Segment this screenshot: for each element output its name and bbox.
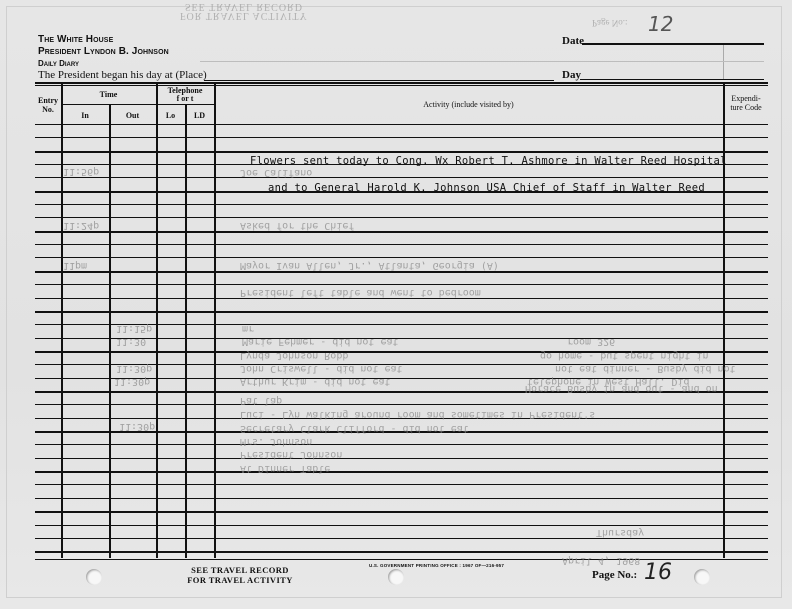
row-line — [35, 538, 768, 539]
column-line — [156, 84, 158, 558]
col-header-time: Time — [61, 90, 156, 99]
bleed-through-text: not eat dinner - Busby did not — [555, 363, 736, 374]
row-line — [35, 311, 768, 313]
row-line — [35, 217, 768, 218]
diary-page: FOR TRAVEL ACTIVITY SEE TRAVEL RECORD Pa… — [0, 0, 792, 609]
table-top-rule-2 — [35, 85, 768, 86]
row-line — [35, 271, 768, 273]
row-line — [35, 551, 768, 553]
row-line — [35, 471, 768, 473]
bleed-through-text: April 4, 1968 — [562, 555, 640, 566]
handwritten-page-number-top: 12 — [648, 12, 673, 36]
bleed-through-text: Mayor Ivan Allen, Jr., Atlanta, Georgia … — [240, 260, 499, 271]
row-line — [35, 124, 768, 125]
row-line — [35, 257, 768, 258]
col-header-time-out: Out — [109, 111, 156, 120]
faint-guide-2 — [200, 61, 764, 62]
bleed-through-text: John Criswell - did not eat — [240, 363, 403, 374]
date-label: Date — [562, 35, 584, 47]
bleed-through-text: 11:30p — [114, 376, 150, 387]
day-field-line[interactable] — [580, 79, 764, 80]
col-header-expenditure: Expendi-ture Code — [726, 94, 766, 112]
bleed-through-text: President Johnson — [240, 449, 342, 460]
bleed-through-text: 11:15p — [116, 323, 152, 334]
began-day-label: The President began his day at (Place) — [38, 69, 207, 81]
binder-hole-middle — [388, 569, 404, 585]
faint-guide — [723, 45, 724, 79]
col-header-ld: LD — [185, 111, 214, 120]
row-line — [35, 151, 768, 153]
entry-activity-2: and to General Harold K. Johnson USA Chi… — [268, 182, 705, 194]
col-header-telephone-sub: f or t — [156, 94, 214, 103]
row-line — [35, 177, 768, 178]
table-top-rule — [35, 82, 768, 84]
bleed-through-text: room 326 — [567, 336, 615, 347]
row-line — [35, 231, 768, 233]
bleed-through-text: President left table and went to bedroom — [240, 287, 481, 298]
row-line — [35, 498, 768, 499]
subheader-rule — [61, 104, 214, 105]
row-line — [35, 404, 768, 405]
row-line — [35, 525, 768, 526]
col-header-time-in: In — [61, 111, 109, 120]
bleed-through-text: 11pm — [63, 260, 87, 271]
bleed-through-text: Horace Busby in and out - and on — [525, 383, 718, 394]
date-field-line[interactable] — [582, 43, 764, 45]
col-header-activity: Activity (include visited by) — [214, 100, 723, 109]
bleed-through-text: 11:56p — [63, 166, 99, 177]
column-line — [109, 104, 111, 558]
bleed-through-text: 11:30 — [116, 336, 146, 347]
entry-activity-1: Flowers sent today to Cong. Wx Robert T.… — [250, 155, 727, 167]
bleed-through-text: Arthur Krim - did not eat — [240, 376, 391, 387]
gpo-imprint: U.S. GOVERNMENT PRINTING OFFICE : 1967 O… — [369, 563, 504, 568]
president-name: President Lyndon B. Johnson — [38, 46, 169, 57]
travel-line-2: FOR TRAVEL ACTIVITY — [180, 576, 300, 586]
row-line — [35, 484, 768, 485]
bleed-through-text: Lynda Johnson Robb — [240, 350, 348, 361]
row-line — [35, 284, 768, 285]
bleed-through-text: Pat lap — [240, 395, 282, 406]
bleed-through-text: 11:30p — [119, 421, 155, 432]
ghost-page-no: Page No.: — [592, 18, 628, 28]
row-line — [35, 458, 768, 459]
travel-record-note: SEE TRAVEL RECORD FOR TRAVEL ACTIVITY — [180, 566, 300, 585]
col-header-entry-no: Entry No. — [35, 96, 61, 114]
binder-hole-left — [86, 569, 102, 585]
column-line — [185, 104, 187, 558]
row-line — [35, 511, 768, 513]
col-header-lo: Lo — [156, 111, 185, 120]
bleed-through-text: go home - but spent night in — [540, 350, 709, 361]
column-line — [214, 84, 216, 558]
bleed-through-text: Secretary Clark Clifford - did not eat — [240, 423, 469, 434]
org-name: The White House — [38, 34, 113, 45]
bleed-through-text: 11:24p — [63, 220, 99, 231]
bleed-through-text: mr — [242, 323, 254, 334]
row-line — [35, 137, 768, 138]
row-line — [35, 204, 768, 205]
form-name: Daily Diary — [38, 59, 79, 68]
place-field-line[interactable] — [204, 80, 554, 81]
ghost-travel-record-2: SEE TRAVEL RECORD — [185, 1, 303, 12]
bleed-through-text: At Dinner Table — [240, 463, 330, 474]
day-label: Day — [562, 69, 581, 81]
row-line — [35, 244, 768, 245]
column-line — [61, 84, 63, 558]
bleed-through-text: Thursday — [596, 527, 644, 538]
bleed-through-text: 11:30p — [116, 363, 152, 374]
binder-hole-right — [694, 569, 710, 585]
page-no-value: 16 — [644, 560, 672, 585]
row-line — [35, 298, 768, 299]
bleed-through-text: Joe Califano — [240, 167, 312, 178]
bleed-through-text: Asked for the Chief — [240, 220, 354, 231]
bleed-through-text: Mrs. Johnson — [240, 436, 312, 447]
page-no-label: Page No.: — [592, 569, 637, 581]
bleed-through-text: Marie Fehmer - did not eat — [242, 336, 399, 347]
bleed-through-text: Luci - Lyn walking around room and somet… — [240, 409, 595, 420]
row-line — [35, 444, 768, 445]
